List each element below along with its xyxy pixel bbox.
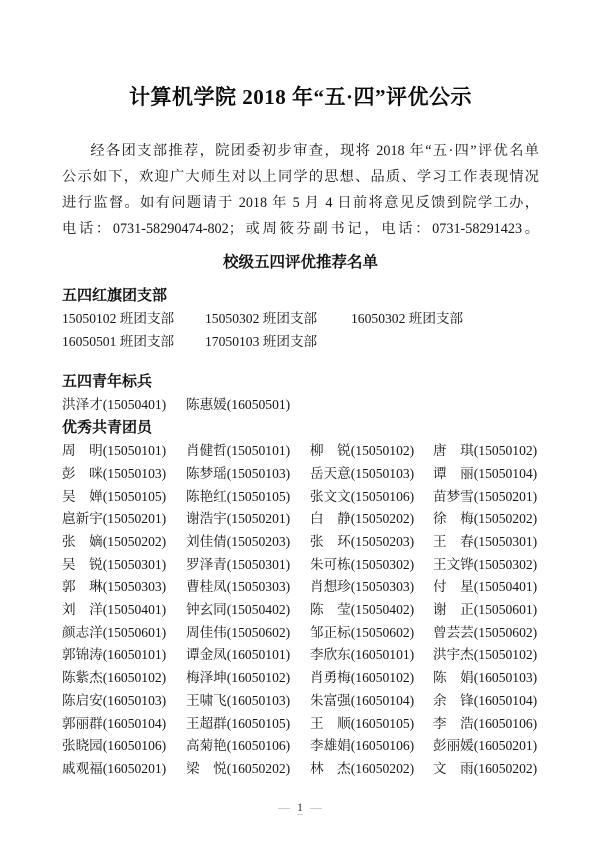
award-section: 五四青年标兵洪泽才(15050401)陈惠媛(16050501) — [62, 371, 539, 417]
list-item: 朱富强(16050104) — [310, 690, 433, 713]
list-item: 谭金凤(16050101) — [186, 644, 310, 667]
list-item: 郭丽群(16050104) — [62, 713, 186, 736]
list-item: 文 雨(16050202) — [433, 758, 539, 781]
list-item: 林 杰(16050202) — [310, 758, 433, 781]
list-item: 周 明(15050101) — [62, 440, 186, 463]
sections-container: 五四红旗团支部15050102 班团支部15050302 班团支部1605030… — [62, 285, 539, 781]
list-item: 15050102 班团支部 — [62, 308, 205, 331]
list-item: 邹正标(15050602) — [310, 622, 433, 645]
list-item: 唐 琪(15050102) — [433, 440, 539, 463]
list-item: 王啸飞(16050103) — [186, 690, 310, 713]
list-item: 17050103 班团支部 — [205, 331, 351, 354]
list-item: 王超群(16050105) — [186, 713, 310, 736]
list-item: 曾芸芸(15050602) — [433, 622, 539, 645]
award-section: 五四红旗团支部15050102 班团支部15050302 班团支部1605030… — [62, 285, 539, 353]
list-item: 苗梦雪(15050201) — [433, 486, 539, 509]
list-item: 陈启安(16050103) — [62, 690, 186, 713]
list-item: 谭 丽(15050104) — [433, 463, 539, 486]
section-items-grid: 周 明(15050101)肖健哲(15050101)柳 锐(15050102)唐… — [62, 440, 539, 781]
list-item: 张 环(15050203) — [310, 531, 433, 554]
list-item: 洪宇杰(15050102) — [433, 644, 539, 667]
section-items-grid: 15050102 班团支部15050302 班团支部16050302 班团支部1… — [62, 308, 539, 353]
list-item: 梅泽坤(16050102) — [186, 667, 310, 690]
section-heading: 五四青年标兵 — [62, 371, 539, 394]
list-item: 李 浩(16050106) — [433, 713, 539, 736]
intro-line: 公示如下，欢迎广大师生对以上同学的思想、品质、学习工作表现情况 — [62, 164, 539, 190]
list-item: 王文铧(15050302) — [433, 554, 539, 577]
award-section: 优秀共青团员周 明(15050101)肖健哲(15050101)柳 锐(1505… — [62, 417, 539, 781]
footer-dash-left: — — [278, 800, 290, 814]
list-item: 陈 娟(16050103) — [433, 667, 539, 690]
list-item: 柳 锐(15050102) — [310, 440, 433, 463]
intro-paragraph: 经各团支部推荐，院团委初步审查，现将 2018 年“五·四”评优名单公示如下，欢… — [62, 138, 539, 242]
list-item: 曹桂凤(15050303) — [186, 576, 310, 599]
list-item: 王 春(15050301) — [433, 531, 539, 554]
section-items-grid: 洪泽才(15050401)陈惠媛(16050501) — [62, 394, 539, 417]
list-item: 谢 正(15050601) — [433, 599, 539, 622]
list-item: 余 锋(16050104) — [433, 690, 539, 713]
list-item: 李欣东(16050101) — [310, 644, 433, 667]
list-item: 洪泽才(15050401) — [62, 394, 186, 417]
list-item: 李雄娟(16050106) — [310, 735, 433, 758]
list-item: 彭丽媛(16050201) — [433, 735, 539, 758]
section-heading: 优秀共青团员 — [62, 417, 539, 440]
list-item: 16050501 班团支部 — [62, 331, 205, 354]
list-item: 彭 咪(15050103) — [62, 463, 186, 486]
list-item: 陈艳红(15050105) — [186, 486, 310, 509]
list-item: 张 嫡(15050202) — [62, 531, 186, 554]
list-item: 徐 梅(15050202) — [433, 508, 539, 531]
list-item: 周佳伟(15050602) — [186, 622, 310, 645]
list-item: 钟玄同(15050402) — [186, 599, 310, 622]
list-item: 陈梦瑶(15050103) — [186, 463, 310, 486]
intro-line: 电话：0731-58290474-802；或周筱芬副书记，电话：0731-582… — [62, 216, 539, 242]
document-title: 计算机学院 2018 年“五·四”评优公示 — [62, 84, 539, 111]
list-item: 郭锦涛(16050101) — [62, 644, 186, 667]
list-item: 谢浩宇(15050201) — [186, 508, 310, 531]
list-item: 岳天意(15050103) — [310, 463, 433, 486]
list-item: 朱可栋(15050302) — [310, 554, 433, 577]
list-item: 15050302 班团支部 — [205, 308, 351, 331]
list-item: 陈 莹(15050402) — [310, 599, 433, 622]
list-item: 高菊艳(16050106) — [186, 735, 310, 758]
list-item: 王 顺(16050105) — [310, 713, 433, 736]
footer-dash-right: — — [310, 800, 322, 814]
page-number: 1 — [297, 802, 303, 815]
list-item: 罗泽青(15050301) — [186, 554, 310, 577]
list-item: 颜志洋(15050601) — [62, 622, 186, 645]
list-item: 吴 婵(15050105) — [62, 486, 186, 509]
list-item: 肖勇梅(16050102) — [310, 667, 433, 690]
list-item: 扈新宇(15050201) — [62, 508, 186, 531]
list-item: 戚观福(16050201) — [62, 758, 186, 781]
list-item: 陈紫杰(16050102) — [62, 667, 186, 690]
intro-line: 经各团支部推荐，院团委初步审查，现将 2018 年“五·四”评优名单 — [62, 138, 539, 164]
document-page: 计算机学院 2018 年“五·四”评优公示 经各团支部推荐，院团委初步审查，现将… — [0, 0, 600, 848]
list-item: 刘 洋(15050401) — [62, 599, 186, 622]
list-item: 郭 琳(15050303) — [62, 576, 186, 599]
list-item: 16050302 班团支部 — [351, 308, 539, 331]
list-item: 刘佳倩(15050203) — [186, 531, 310, 554]
page-footer: —1— — [0, 800, 600, 815]
list-item: 白 静(15050202) — [310, 508, 433, 531]
list-item: 肖想珍(15050303) — [310, 576, 433, 599]
list-item: 张晓园(16050106) — [62, 735, 186, 758]
list-item: 吴 锐(15050301) — [62, 554, 186, 577]
list-item: 肖健哲(15050101) — [186, 440, 310, 463]
list-item: 张文文(15050106) — [310, 486, 433, 509]
list-item: 梁 悦(16050202) — [186, 758, 310, 781]
list-item: 陈惠媛(16050501) — [186, 394, 310, 417]
list-item: 付 星(15050401) — [433, 576, 539, 599]
section-heading: 五四红旗团支部 — [62, 285, 539, 308]
recommend-list-title: 校级五四评优推荐名单 — [62, 251, 539, 275]
intro-line: 进行监督。如有问题请于 2018 年 5 月 4 日前将意见反馈到院学工办， — [62, 190, 539, 216]
